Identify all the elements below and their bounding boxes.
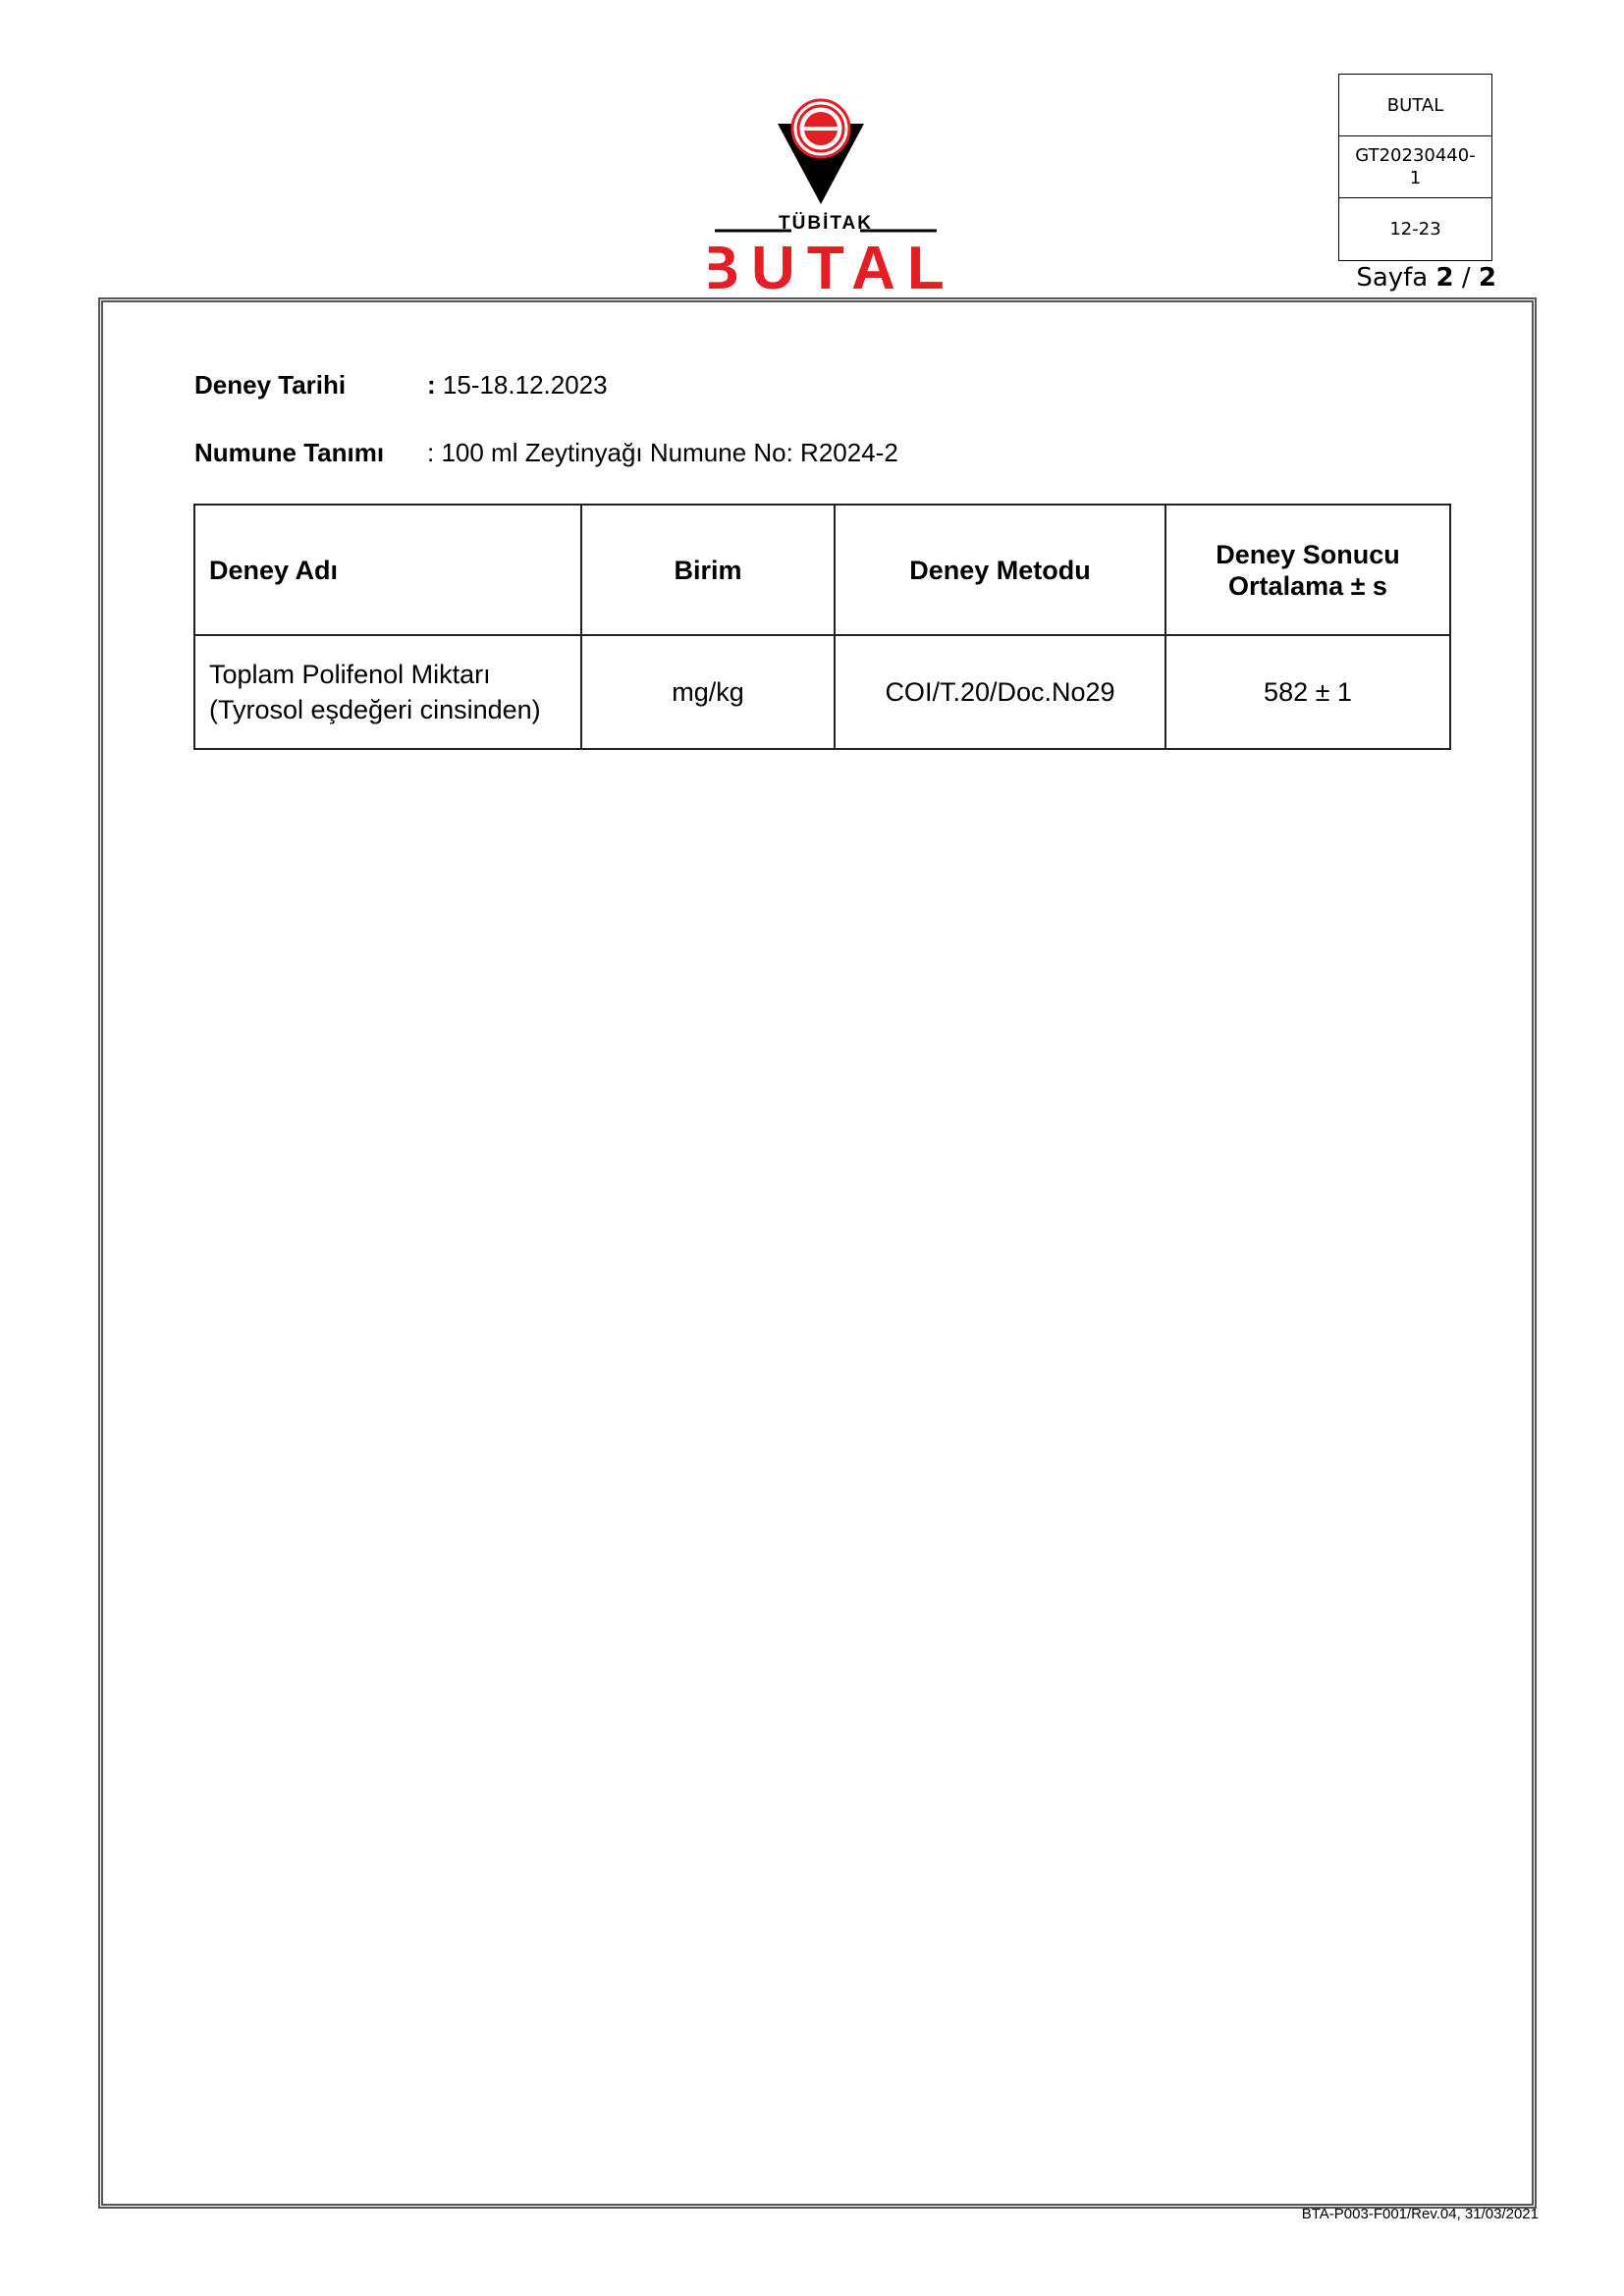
- logo-brand-text: BUTAL: [709, 235, 945, 293]
- sample-description-value: : 100 ml Zeytinyağı Numune No: R2024-2: [427, 438, 898, 467]
- page-number: Sayfa 2 / 2: [1356, 263, 1496, 293]
- logo-org-text: TÜBİTAK: [779, 213, 873, 234]
- cell-test-name: Toplam Polifenol Miktarı(Tyrosol eşdeğer…: [194, 635, 581, 749]
- test-date-label: Deney Tarihi: [194, 370, 427, 400]
- logo-graphic: TÜBİTAK BUTAL: [709, 96, 945, 293]
- test-date-field: Deney Tarihi: 15-18.12.2023: [194, 370, 608, 400]
- header-method: Deney Metodu: [835, 505, 1165, 635]
- header-unit: Birim: [581, 505, 835, 635]
- tubitak-butal-logo: TÜBİTAK BUTAL: [709, 96, 945, 293]
- sample-description-field: Numune Tanımı: 100 ml Zeytinyağı Numune …: [194, 438, 898, 468]
- results-table: Deney Adı Birim Deney Metodu Deney Sonuc…: [193, 504, 1451, 750]
- header-result: Deney SonucuOrtalama ± s: [1165, 505, 1450, 635]
- code-box-lab: BUTAL: [1339, 75, 1491, 136]
- table-header-row: Deney Adı Birim Deney Metodu Deney Sonuc…: [194, 505, 1450, 635]
- form-code-footer: BTA-P003-F001/Rev.04, 31/03/2021: [1302, 2206, 1539, 2222]
- document-code-box: BUTAL GT20230440- 1 12-23: [1338, 74, 1492, 261]
- test-date-value: 15-18.12.2023: [436, 370, 608, 400]
- code-box-date: 12-23: [1339, 198, 1491, 260]
- sample-description-label: Numune Tanımı: [194, 438, 427, 468]
- cell-result: 582 ± 1: [1165, 635, 1450, 749]
- header-test-name: Deney Adı: [194, 505, 581, 635]
- cell-unit: mg/kg: [581, 635, 835, 749]
- cell-method: COI/T.20/Doc.No29: [835, 635, 1165, 749]
- table-row: Toplam Polifenol Miktarı(Tyrosol eşdeğer…: [194, 635, 1450, 749]
- code-box-report-no: GT20230440- 1: [1339, 136, 1491, 198]
